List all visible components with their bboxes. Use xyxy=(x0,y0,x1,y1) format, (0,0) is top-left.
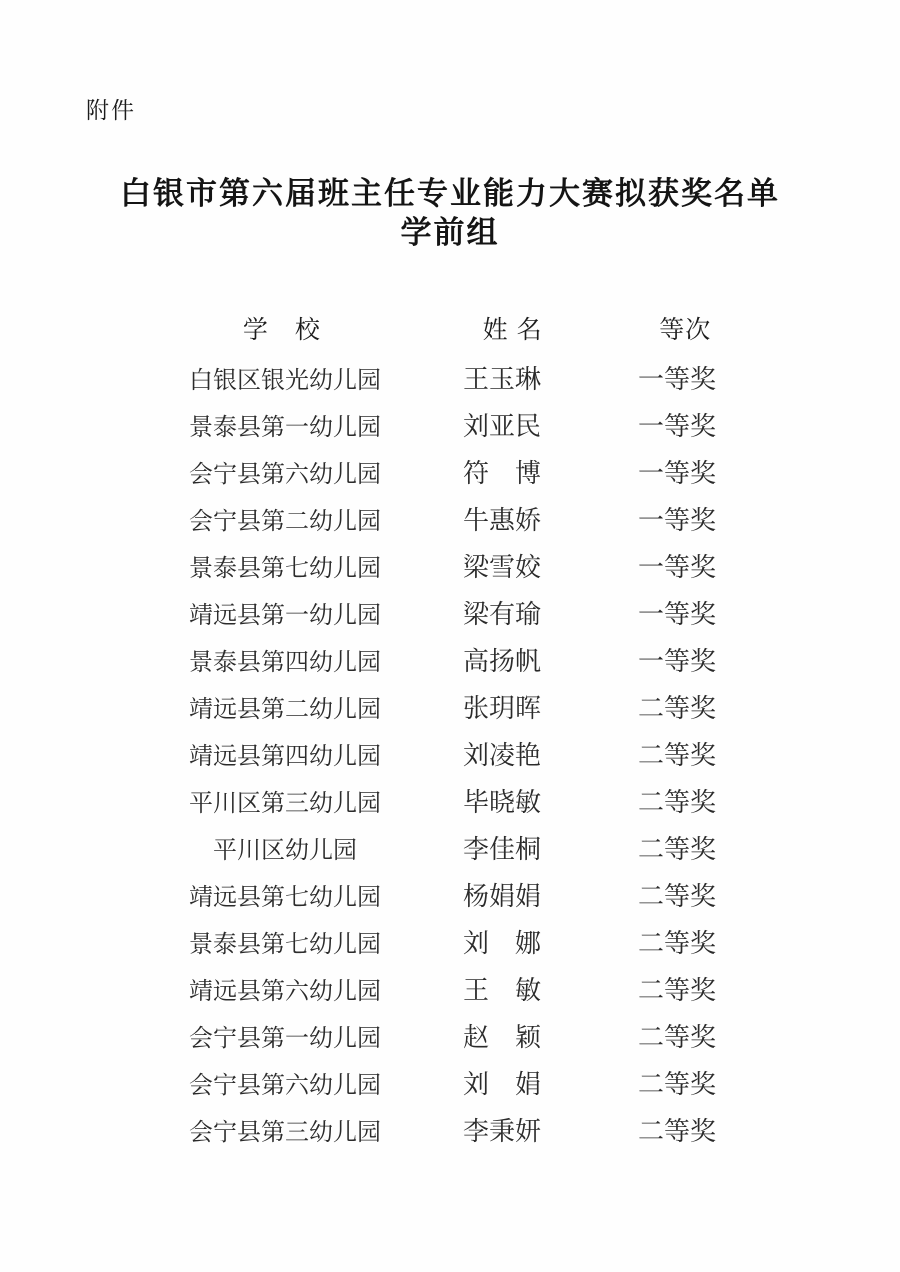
name-cell: 刘亚民 xyxy=(461,406,543,443)
name-cell: 高扬帆 xyxy=(461,641,543,678)
table-row: 白银区银光幼儿园 王玉琳 一等奖 xyxy=(180,354,725,401)
name-cell: 毕晓敏 xyxy=(461,782,543,819)
table-row: 景泰县第四幼儿园 高扬帆 一等奖 xyxy=(180,636,725,683)
award-cell: 一等奖 xyxy=(636,453,718,490)
name-cell: 杨娟娟 xyxy=(461,876,543,913)
award-cell: 二等奖 xyxy=(636,1064,718,1101)
table-row: 靖远县第四幼儿园 刘凌艳 二等奖 xyxy=(180,730,725,777)
page-title: 白银市第六届班主任专业能力大赛拟获奖名单 xyxy=(0,174,900,213)
school-cell: 靖远县第二幼儿园 xyxy=(180,689,390,724)
school-cell: 景泰县第一幼儿园 xyxy=(180,407,390,442)
table-row: 靖远县第二幼儿园 张玥晖 二等奖 xyxy=(180,683,725,730)
name-cell: 梁雪姣 xyxy=(461,547,543,584)
award-cell: 二等奖 xyxy=(636,782,718,819)
school-cell: 会宁县第二幼儿园 xyxy=(180,501,390,536)
table-row: 平川区第三幼儿园 毕晓敏 二等奖 xyxy=(180,777,725,824)
name-cell: 刘 娜 xyxy=(461,923,543,960)
award-cell: 一等奖 xyxy=(636,641,718,678)
award-cell: 二等奖 xyxy=(636,829,718,866)
school-cell: 景泰县第七幼儿园 xyxy=(180,924,390,959)
school-cell: 平川区幼儿园 xyxy=(180,830,390,865)
award-cell: 二等奖 xyxy=(636,735,718,772)
name-cell: 刘凌艳 xyxy=(461,735,543,772)
school-cell: 靖远县第七幼儿园 xyxy=(180,877,390,912)
table-header-row: 学 校 姓 名 等次 xyxy=(180,304,725,351)
award-cell: 一等奖 xyxy=(636,500,718,537)
award-cell: 二等奖 xyxy=(636,970,718,1007)
name-cell: 王玉琳 xyxy=(461,359,543,396)
name-cell: 符 博 xyxy=(461,453,543,490)
name-cell: 李秉妍 xyxy=(461,1111,543,1148)
name-cell: 梁有瑜 xyxy=(461,594,543,631)
school-cell: 靖远县第四幼儿园 xyxy=(180,736,390,771)
page-subtitle: 学前组 xyxy=(0,213,900,252)
school-cell: 会宁县第六幼儿园 xyxy=(180,1065,390,1100)
school-cell: 平川区第三幼儿园 xyxy=(180,783,390,818)
award-cell: 一等奖 xyxy=(636,406,718,443)
table-row: 景泰县第七幼儿园 刘 娜 二等奖 xyxy=(180,918,725,965)
header-award: 等次 xyxy=(645,310,725,346)
award-cell: 二等奖 xyxy=(636,1017,718,1054)
name-cell: 张玥晖 xyxy=(461,688,543,725)
attachment-label: 附件 xyxy=(86,92,136,125)
table-row: 靖远县第七幼儿园 杨娟娟 二等奖 xyxy=(180,871,725,918)
table-row: 会宁县第三幼儿园 李秉妍 二等奖 xyxy=(180,1106,725,1153)
name-cell: 王 敏 xyxy=(461,970,543,1007)
name-cell: 刘 娟 xyxy=(461,1064,543,1101)
name-cell: 赵 颖 xyxy=(461,1017,543,1054)
school-cell: 会宁县第一幼儿园 xyxy=(180,1018,390,1053)
header-name: 姓 名 xyxy=(455,310,553,346)
school-cell: 会宁县第六幼儿园 xyxy=(180,454,390,489)
school-cell: 靖远县第一幼儿园 xyxy=(180,595,390,630)
school-cell: 白银区银光幼儿园 xyxy=(180,360,390,395)
award-cell: 一等奖 xyxy=(636,594,718,631)
table-row: 会宁县第六幼儿园 符 博 一等奖 xyxy=(180,448,725,495)
table-row: 平川区幼儿园 李佳桐 二等奖 xyxy=(180,824,725,871)
name-cell: 李佳桐 xyxy=(461,829,543,866)
school-cell: 会宁县第三幼儿园 xyxy=(180,1112,390,1147)
award-cell: 一等奖 xyxy=(636,359,718,396)
header-school: 学 校 xyxy=(180,310,384,346)
award-cell: 二等奖 xyxy=(636,1111,718,1148)
school-cell: 靖远县第六幼儿园 xyxy=(180,971,390,1006)
award-cell: 二等奖 xyxy=(636,688,718,725)
table-row: 靖远县第一幼儿园 梁有瑜 一等奖 xyxy=(180,589,725,636)
table-row: 会宁县第六幼儿园 刘 娟 二等奖 xyxy=(180,1059,725,1106)
table-row: 景泰县第七幼儿园 梁雪姣 一等奖 xyxy=(180,542,725,589)
award-table-body: 白银区银光幼儿园 王玉琳 一等奖 景泰县第一幼儿园 刘亚民 一等奖 会宁县第六幼… xyxy=(180,354,725,1153)
document-page: 附件 白银市第六届班主任专业能力大赛拟获奖名单 学前组 学 校 姓 名 等次 白… xyxy=(0,0,900,1272)
award-table: 学 校 姓 名 等次 白银区银光幼儿园 王玉琳 一等奖 景泰县第一幼儿园 刘亚民… xyxy=(180,304,725,1153)
table-row: 会宁县第二幼儿园 牛惠娇 一等奖 xyxy=(180,495,725,542)
title-block: 白银市第六届班主任专业能力大赛拟获奖名单 学前组 xyxy=(0,174,900,252)
table-row: 靖远县第六幼儿园 王 敏 二等奖 xyxy=(180,965,725,1012)
school-cell: 景泰县第四幼儿园 xyxy=(180,642,390,677)
table-row: 会宁县第一幼儿园 赵 颖 二等奖 xyxy=(180,1012,725,1059)
award-cell: 一等奖 xyxy=(636,547,718,584)
award-cell: 二等奖 xyxy=(636,876,718,913)
table-row: 景泰县第一幼儿园 刘亚民 一等奖 xyxy=(180,401,725,448)
name-cell: 牛惠娇 xyxy=(461,500,543,537)
school-cell: 景泰县第七幼儿园 xyxy=(180,548,390,583)
award-cell: 二等奖 xyxy=(636,923,718,960)
